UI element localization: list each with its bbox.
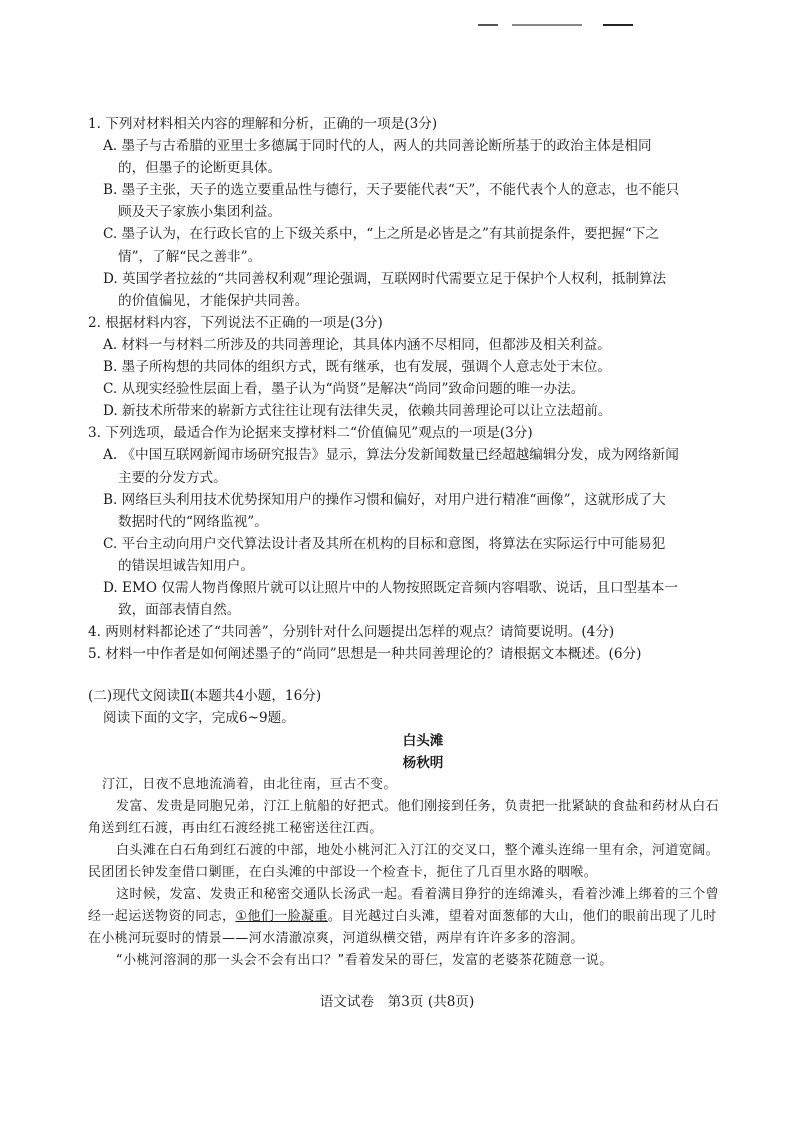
article-paragraph: “小桃河溶洞的那一头会不会有出口？”看着发呆的哥仨，发富的老婆茶花随意一说。	[88, 950, 728, 972]
question-stem: 2. 根据材料内容，下列说法不正确的一项是(3分)	[88, 312, 728, 334]
question-stem: 4. 两则材料都论述了“共同善”，分别针对什么问题提出怎样的观点？请简要说明。(…	[88, 621, 728, 643]
option-text: C. 平台主动向用户交代算法设计者及其所在机构的目标和意图，将算法在实际运行中可…	[103, 533, 728, 555]
option-text: A. 墨子与古希腊的亚里士多德属于同时代的人，两人的共同善论断所基于的政治主体是…	[103, 135, 728, 157]
option-a: A. 《中国互联网新闻市场研究报告》显示，算法分发新闻数量已经超越编辑分发，成为…	[88, 444, 728, 488]
option-d: D. EMO 仅需人物肖像照片就可以让照片中的人物按照既定音频内容唱歌、说话，且…	[88, 577, 728, 621]
option-b: B. 网络巨头利用技术优势探知用户的操作习惯和偏好，对用户进行精准“画像”，这就…	[88, 489, 728, 533]
option-text: D. EMO 仅需人物肖像照片就可以让照片中的人物按照既定音频内容唱歌、说话，且…	[103, 577, 728, 599]
option-text: D. 英国学者拉兹的“共同善权利观”理论强调，互联网时代需要立足于保护个人权利，…	[103, 268, 728, 290]
option-text: A. 《中国互联网新闻市场研究报告》显示，算法分发新闻数量已经超越编辑分发，成为…	[103, 444, 728, 466]
section-heading: (二)现代文阅读Ⅱ(本题共4小题，16分)	[88, 685, 728, 707]
article-paragraph: 汀江，日夜不息地流淌着，由北往南，亘古不变。	[88, 774, 728, 796]
article-author: 杨秋明	[88, 752, 728, 774]
section-instruction: 阅读下面的文字，完成6~9题。	[88, 707, 728, 729]
question-4: 4. 两则材料都论述了“共同善”，分别针对什么问题提出怎样的观点？请简要说明。(…	[88, 621, 728, 643]
option-d: D. 英国学者拉兹的“共同善权利观”理论强调，互联网时代需要立足于保护个人权利，…	[88, 268, 728, 312]
page-footer: 语文试卷 第3页 (共8页)	[0, 990, 794, 1010]
option-text-continued: 的错误坦诚告知用户。	[103, 555, 728, 577]
exam-page-content: 1. 下列对材料相关内容的理解和分析，正确的一项是(3分)A. 墨子与古希腊的亚…	[88, 113, 728, 973]
option-text: D. 新技术所带来的崭新方式往往让现有法律失灵，依赖共同善理论可以让立法超前。	[103, 400, 728, 422]
option-text-continued: 数据时代的“网络监视”。	[103, 511, 728, 533]
option-text-continued: 的，但墨子的论断更具体。	[103, 157, 728, 179]
option-a: A. 墨子与古希腊的亚里士多德属于同时代的人，两人的共同善论断所基于的政治主体是…	[88, 135, 728, 179]
option-text: A. 材料一与材料二所涉及的共同善理论，其具体内涵不尽相同，但都涉及相关利益。	[103, 334, 728, 356]
question-stem: 5. 材料一中作者是如何阐述墨子的“尚同”思想是一种共同善理论的？请根据文本概述…	[88, 643, 728, 665]
scan-top-marks	[478, 24, 658, 28]
question-1: 1. 下列对材料相关内容的理解和分析，正确的一项是(3分)A. 墨子与古希腊的亚…	[88, 113, 728, 312]
option-d: D. 新技术所带来的崭新方式往往让现有法律失灵，依赖共同善理论可以让立法超前。	[88, 400, 728, 422]
option-text: C. 从现实经验性层面上看，墨子认为“尚贤”是解决“尚同”致命问题的唯一办法。	[103, 378, 728, 400]
option-text: B. 网络巨头利用技术优势探知用户的操作习惯和偏好，对用户进行精准“画像”，这就…	[103, 489, 728, 511]
question-stem: 3. 下列选项，最适合作为论据来支撑材料二“价值偏见”观点的一项是(3分)	[88, 422, 728, 444]
option-b: B. 墨子所构想的共同体的组织方式，既有继承，也有发展，强调个人意志处于末位。	[88, 356, 728, 378]
article-body: 汀江，日夜不息地流淌着，由北往南，亘古不变。发富、发贵是同胞兄弟，汀江上航船的好…	[88, 774, 728, 973]
underlined-sentence-1: ①他们一脸凝重	[235, 909, 327, 924]
article-paragraph: 这时候，发富、发贵正和秘密交通队长汤武一起。看着满目狰狞的连绵滩头，看着沙滩上绑…	[88, 884, 728, 950]
option-c: C. 从现实经验性层面上看，墨子认为“尚贤”是解决“尚同”致命问题的唯一办法。	[88, 378, 728, 400]
question-3: 3. 下列选项，最适合作为论据来支撑材料二“价值偏见”观点的一项是(3分)A. …	[88, 422, 728, 621]
article-paragraph: 发富、发贵是同胞兄弟，汀江上航船的好把式。他们刚接到任务，负责把一批紧缺的食盐和…	[88, 796, 728, 840]
option-b: B. 墨子主张，天子的选立要重品性与德行，天子要能代表“天”，不能代表个人的意志…	[88, 179, 728, 223]
option-text-continued: 顾及天子家族小集团利益。	[103, 201, 728, 223]
option-c: C. 墨子认为，在行政长官的上下级关系中，“上之所是必皆是之”有其前提条件，要把…	[88, 223, 728, 267]
question-stem: 1. 下列对材料相关内容的理解和分析，正确的一项是(3分)	[88, 113, 728, 135]
option-text-continued: 情”，了解“民之善非”。	[103, 246, 728, 268]
option-a: A. 材料一与材料二所涉及的共同善理论，其具体内涵不尽相同，但都涉及相关利益。	[88, 334, 728, 356]
question-2: 2. 根据材料内容，下列说法不正确的一项是(3分)A. 材料一与材料二所涉及的共…	[88, 312, 728, 422]
option-text-continued: 致，面部表情自然。	[103, 599, 728, 621]
option-c: C. 平台主动向用户交代算法设计者及其所在机构的目标和意图，将算法在实际运行中可…	[88, 533, 728, 577]
article-title: 白头滩	[88, 730, 728, 752]
article-paragraph: 白头滩在白石角到红石渡的中部，地处小桃河汇入汀江的交叉口，整个滩头连绵一里有余，…	[88, 840, 728, 884]
question-5: 5. 材料一中作者是如何阐述墨子的“尚同”思想是一种共同善理论的？请根据文本概述…	[88, 643, 728, 665]
option-text: B. 墨子主张，天子的选立要重品性与德行，天子要能代表“天”，不能代表个人的意志…	[103, 179, 728, 201]
section-modern-reading-2: (二)现代文阅读Ⅱ(本题共4小题，16分) 阅读下面的文字，完成6~9题。 白头…	[88, 685, 728, 972]
question-list: 1. 下列对材料相关内容的理解和分析，正确的一项是(3分)A. 墨子与古希腊的亚…	[88, 113, 728, 665]
option-text-continued: 的价值偏见，才能保护共同善。	[103, 290, 728, 312]
option-text-continued: 主要的分发方式。	[103, 467, 728, 489]
option-text: B. 墨子所构想的共同体的组织方式，既有继承，也有发展，强调个人意志处于末位。	[103, 356, 728, 378]
option-text: C. 墨子认为，在行政长官的上下级关系中，“上之所是必皆是之”有其前提条件，要把…	[103, 223, 728, 245]
